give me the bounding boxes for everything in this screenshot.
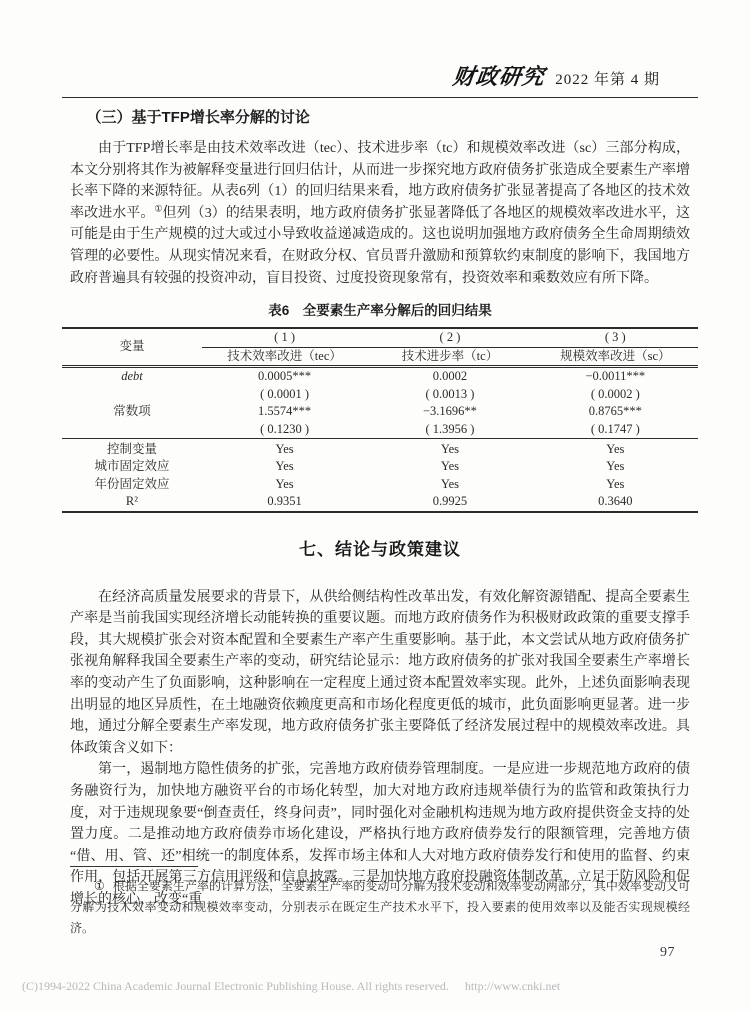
- table-row: 城市固定效应 Yes Yes Yes: [62, 458, 698, 476]
- table-cell: ( 1.3956 ): [367, 421, 532, 439]
- table-cell-label: 常数项: [62, 403, 202, 421]
- table-cell-label: 控制变量: [62, 439, 202, 459]
- table-cell: 0.8765***: [533, 403, 698, 421]
- footnote-reference-marker: ①: [154, 203, 162, 213]
- table-row: ( 0.1230 ) ( 1.3956 ) ( 0.1747 ): [62, 421, 698, 439]
- table-cell-label: 城市固定效应: [62, 458, 202, 476]
- table-cell: Yes: [533, 439, 698, 459]
- table-cell: 0.9925: [367, 493, 532, 512]
- table-cell: Yes: [367, 476, 532, 494]
- page-number: 97: [660, 945, 675, 961]
- table-cell-label: 年份固定效应: [62, 476, 202, 494]
- table-cell: Yes: [533, 458, 698, 476]
- table-cell: ( 0.0013 ): [367, 386, 532, 404]
- journal-page: 财政研究2022 年第 4 期 （三）基于TFP增长率分解的讨论 由于TFP增长…: [0, 0, 750, 1013]
- table-cell: Yes: [202, 476, 367, 494]
- table-cell: Yes: [202, 439, 367, 459]
- table-cell: 0.9351: [202, 493, 367, 512]
- table-header-cell-dependent-3: 规模效率改进（sc）: [533, 347, 698, 367]
- table-header-cell-model-2: ( 2 ): [367, 328, 532, 347]
- footnote-block: ①根据全要素生产率的计算方法，全要素生产率的变动可分解为技术变动和效率变动两部分…: [70, 866, 690, 939]
- table-cell-label: [62, 421, 202, 439]
- table-cell: ( 0.0001 ): [202, 386, 367, 404]
- table-header-cell-model-1: ( 1 ): [202, 328, 367, 347]
- table-cell-label: R²: [62, 493, 202, 512]
- table-caption: 表6 全要素生产率分解后的回归结果: [70, 302, 690, 320]
- cnki-url-link[interactable]: http://www.cnki.net: [465, 979, 560, 993]
- table-row: 常数项 1.5574*** −3.1696** 0.8765***: [62, 403, 698, 421]
- table-cell: ( 0.0002 ): [533, 386, 698, 404]
- section-heading-conclusion: 七、结论与政策建议: [70, 537, 690, 563]
- copyright-text: (C)1994-2022 China Academic Journal Elec…: [22, 979, 449, 993]
- paragraph-text: 但列（3）的结果表明，地方政府债务扩张显著降低了各地区的规模效率改进水平，这可能…: [70, 206, 690, 286]
- table-cell: Yes: [202, 458, 367, 476]
- section-heading-tfp-decomposition: （三）基于TFP增长率分解的讨论: [70, 108, 690, 128]
- footnote-marker: ①: [94, 879, 105, 893]
- table-row: 变量 ( 1 ) ( 2 ) ( 3 ): [62, 328, 698, 347]
- table-header-cell-model-3: ( 3 ): [533, 328, 698, 347]
- table-cell: ( 0.1230 ): [202, 421, 367, 439]
- regression-results-table: 变量 ( 1 ) ( 2 ) ( 3 ) 技术效率改进（tec） 技术进步率（t…: [62, 327, 698, 513]
- journal-logo: 财政研究: [451, 60, 547, 91]
- table-cell-label: [62, 386, 202, 404]
- table-row: R² 0.9351 0.9925 0.3640: [62, 493, 698, 512]
- table-cell-label: debt: [62, 367, 202, 386]
- table-cell: Yes: [367, 439, 532, 459]
- table-header-cell-dependent-2: 技术进步率（tc）: [367, 347, 532, 367]
- footnote-separator-rule: [70, 866, 198, 867]
- paragraph-tfp-discussion: 由于TFP增长率是由技术效率改进（tec）、技术进步率（tc）和规模效率改进（s…: [70, 138, 690, 289]
- table-body: debt 0.0005*** 0.0002 −0.0011*** ( 0.000…: [62, 367, 698, 512]
- footnote-text: 根据全要素生产率的计算方法，全要素生产率的变动可分解为技术变动和效率变动两部分，…: [70, 879, 690, 935]
- copyright-footer: (C)1994-2022 China Academic Journal Elec…: [22, 979, 728, 994]
- table-cell: 1.5574***: [202, 403, 367, 421]
- paragraph-conclusion-summary: 在经济高质量发展要求的背景下，从供给侧结构性改革出发，有效化解资源错配、提高全要…: [70, 587, 690, 760]
- table-header-cell-dependent-1: 技术效率改进（tec）: [202, 347, 367, 367]
- table-row: ( 0.0001 ) ( 0.0013 ) ( 0.0002 ): [62, 386, 698, 404]
- table-cell: 0.3640: [533, 493, 698, 512]
- table-cell: 0.0005***: [202, 367, 367, 386]
- table-head: 变量 ( 1 ) ( 2 ) ( 3 ) 技术效率改进（tec） 技术进步率（t…: [62, 328, 698, 367]
- table-row: debt 0.0005*** 0.0002 −0.0011***: [62, 367, 698, 386]
- table-cell: ( 0.1747 ): [533, 421, 698, 439]
- journal-issue-label: 2022 年第 4 期: [555, 72, 660, 88]
- table-cell: −0.0011***: [533, 367, 698, 386]
- main-text-column: （三）基于TFP增长率分解的讨论 由于TFP增长率是由技术效率改进（tec）、技…: [70, 104, 690, 911]
- footnote: ①根据全要素生产率的计算方法，全要素生产率的变动可分解为技术变动和效率变动两部分…: [70, 876, 690, 939]
- table-cell: 0.0002: [367, 367, 532, 386]
- page-header: 财政研究2022 年第 4 期: [62, 60, 698, 98]
- table-header-cell-variable: 变量: [62, 328, 202, 367]
- table-cell: Yes: [367, 458, 532, 476]
- table-row: 年份固定效应 Yes Yes Yes: [62, 476, 698, 494]
- table-cell: Yes: [533, 476, 698, 494]
- table-cell: −3.1696**: [367, 403, 532, 421]
- table-row: 控制变量 Yes Yes Yes: [62, 439, 698, 459]
